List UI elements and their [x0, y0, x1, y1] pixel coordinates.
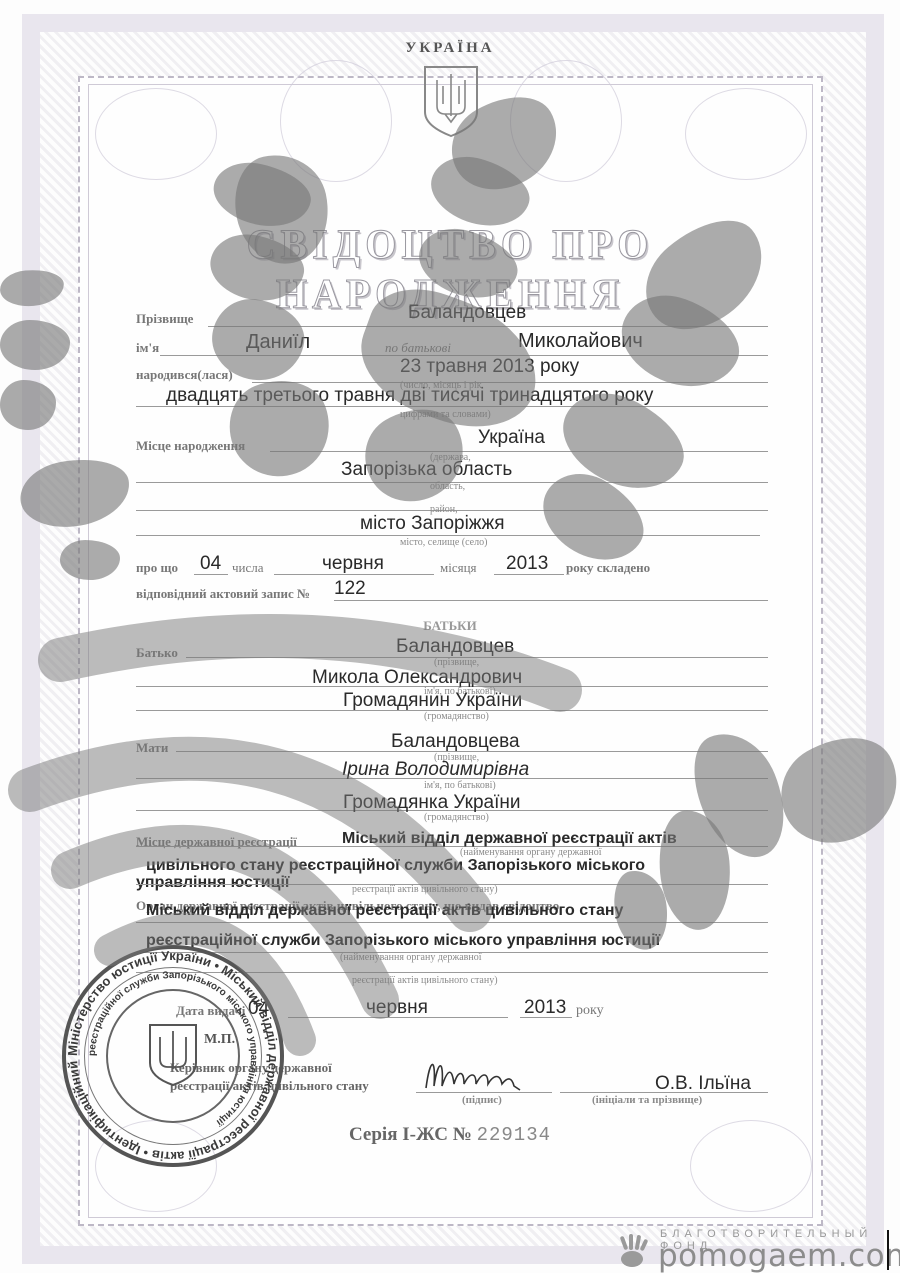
born-label: народився(лася) — [136, 367, 233, 383]
brand-name: pomogaem.com.ua — [658, 1238, 900, 1273]
series-label: Серія І-ЖС № — [349, 1124, 472, 1145]
name-label: ім'я — [136, 340, 159, 356]
birthplace-country-line — [270, 451, 768, 452]
series-value: 229134 — [477, 1124, 551, 1146]
birthplace-label: Місце народження — [136, 438, 245, 454]
footer-brand: БЛАГОТВОРИТЕЛЬНЫЙ ФОНД pomogaem.com.ua — [610, 1228, 895, 1270]
city-hint: місто, селище (село) — [400, 537, 487, 548]
signature-hint: (підпис) — [462, 1094, 502, 1106]
country-heading: УКРАЇНА — [0, 40, 900, 57]
surname-label: Прізвище — [136, 311, 193, 327]
official-name: О.В. Ільїна — [655, 1073, 751, 1095]
hand-print-icon — [618, 1234, 656, 1268]
corner-flourish-icon — [95, 88, 217, 180]
birthplace-country: Україна — [478, 427, 545, 449]
birthplace-city: місто Запоріжжя — [360, 513, 505, 535]
city-line — [136, 535, 760, 536]
corner-flourish-icon — [685, 88, 807, 180]
official-hint: (ініціали та прізвище) — [592, 1094, 702, 1106]
watermark-arcs — [0, 560, 720, 1060]
